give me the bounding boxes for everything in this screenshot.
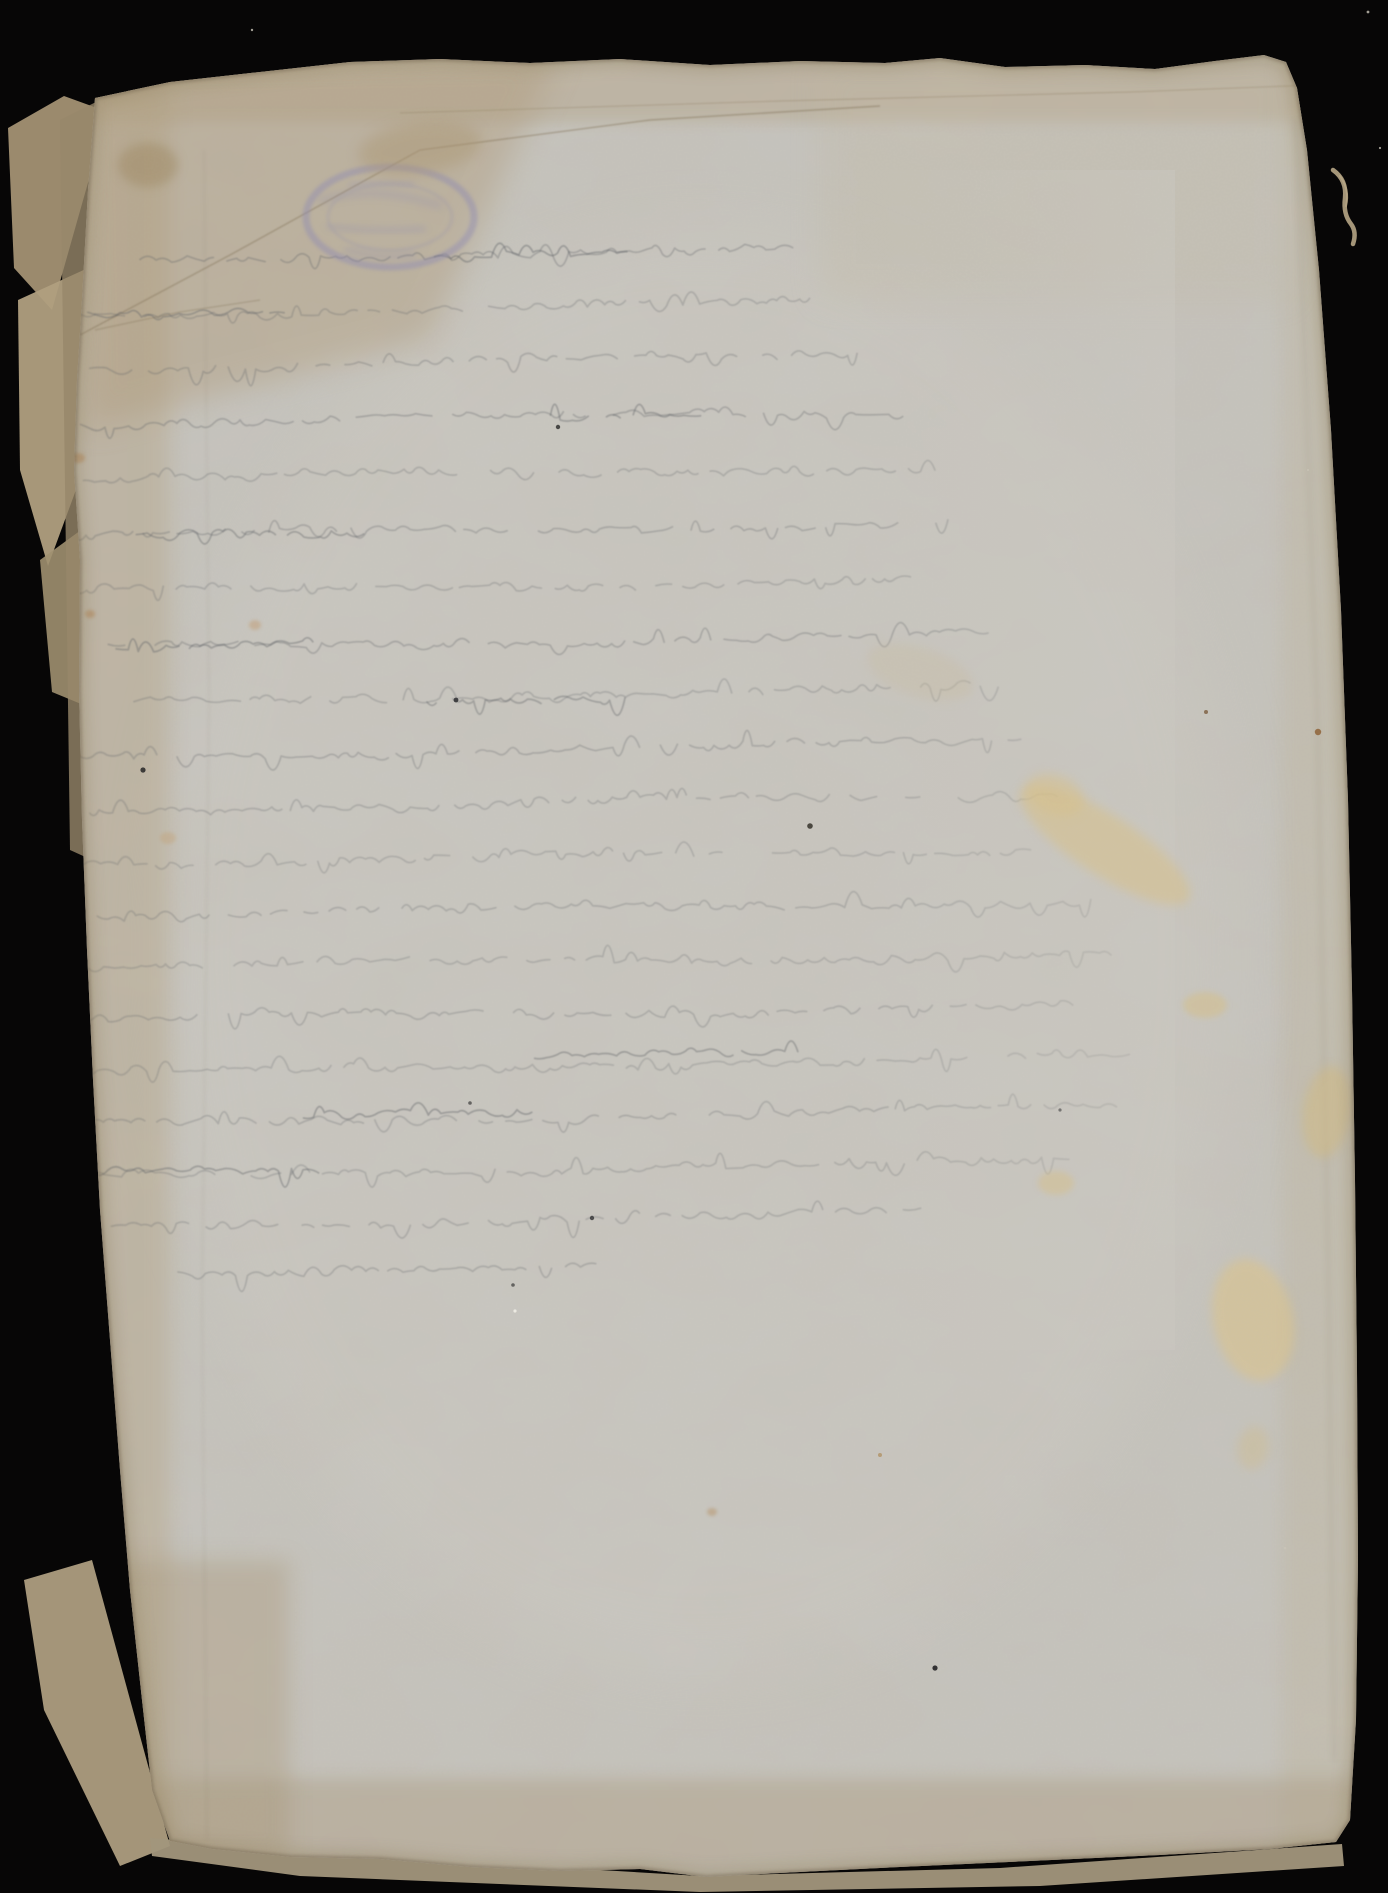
dust-speck bbox=[251, 29, 253, 31]
dust-speck bbox=[1284, 1547, 1287, 1550]
dust-speck bbox=[1379, 147, 1381, 149]
dust-speck bbox=[1307, 469, 1309, 471]
paper-grain-texture bbox=[55, 40, 1375, 1890]
scene-svg bbox=[0, 0, 1388, 1893]
page-surface bbox=[55, 40, 1375, 1890]
dust-speck bbox=[1367, 11, 1370, 14]
manuscript-photo: Photograph of an aged blank manuscript v… bbox=[0, 0, 1388, 1893]
